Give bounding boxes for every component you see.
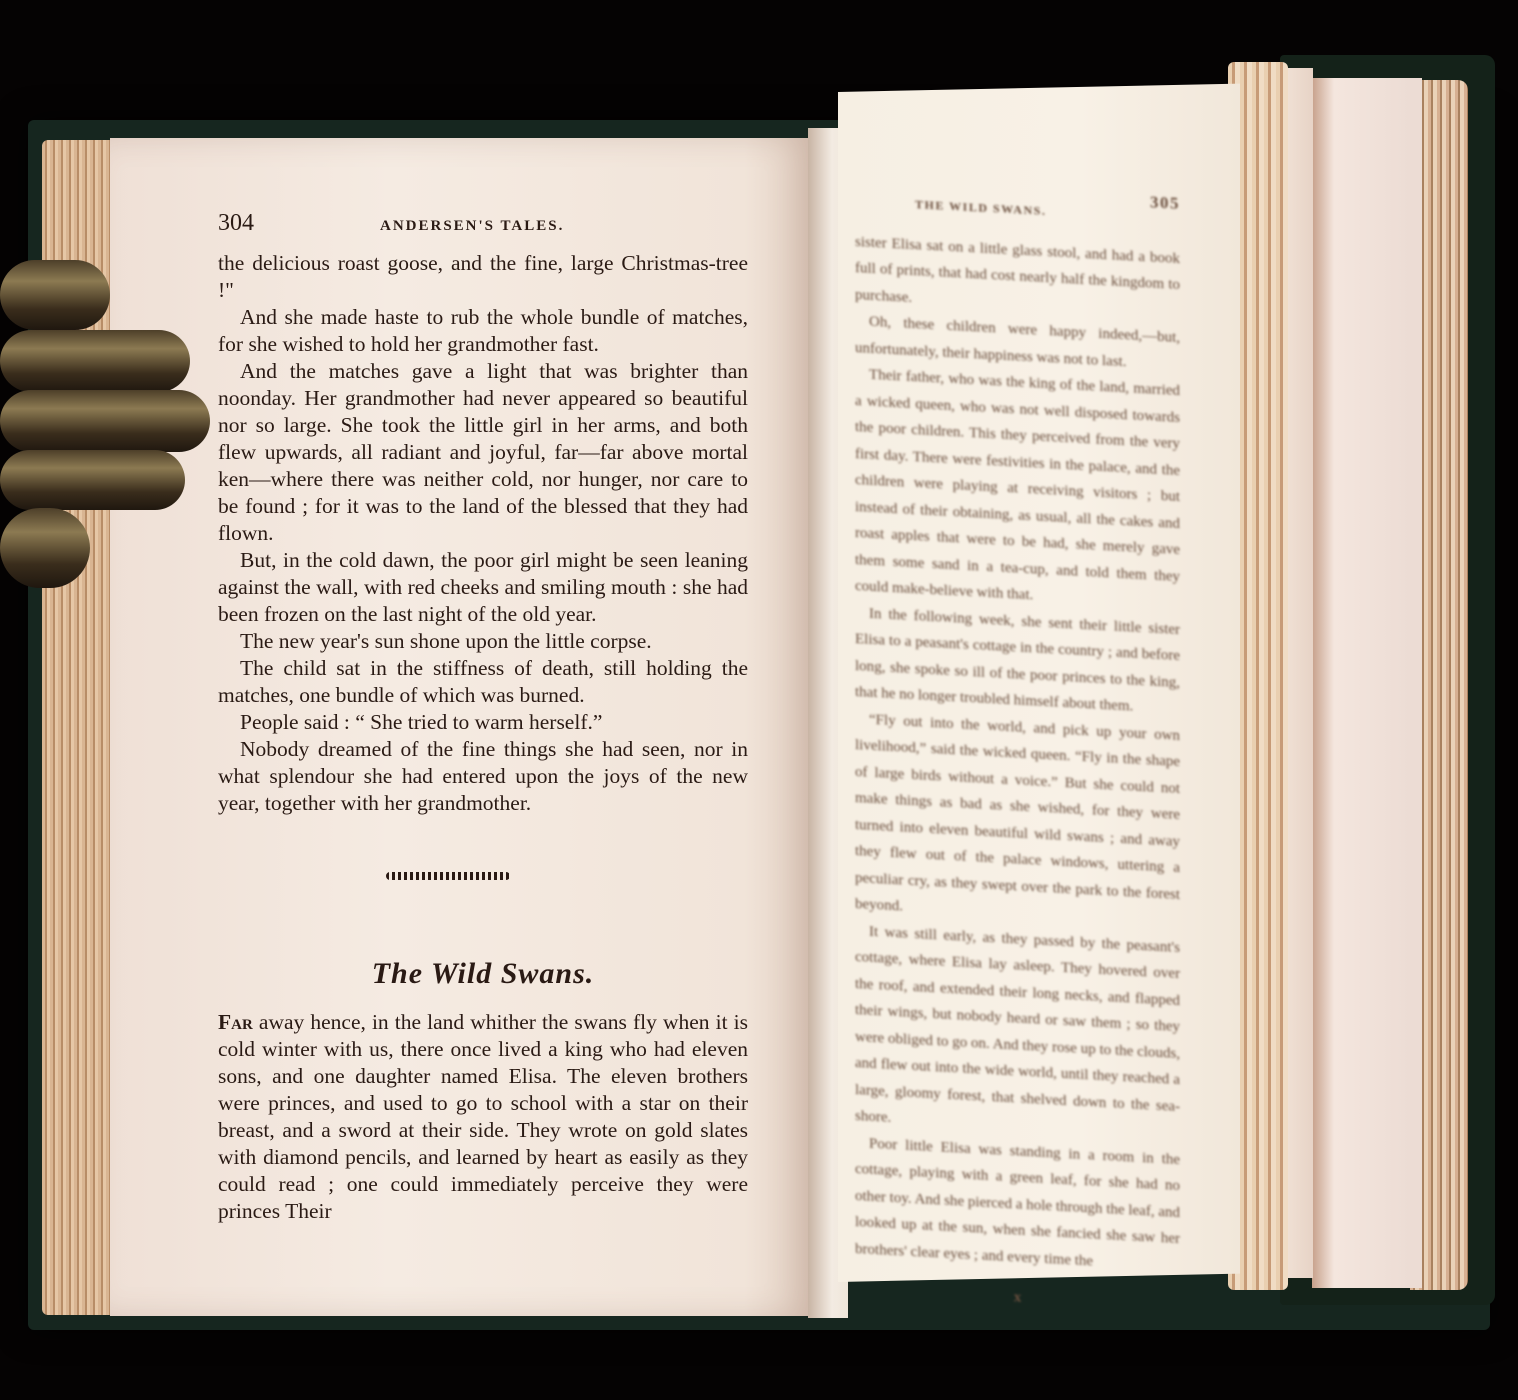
- story-title: The Wild Swans.: [218, 960, 748, 987]
- back-pages: [1312, 78, 1422, 1288]
- left-page-header: 304 ANDERSEN'S TALES.: [218, 210, 748, 240]
- running-head: THE WILD SWANS.: [915, 191, 1046, 224]
- page-number: 305: [1150, 189, 1180, 231]
- paragraph: People said : “ She tried to warm hersel…: [218, 709, 748, 736]
- left-page-text: 304 ANDERSEN'S TALES. the delicious roas…: [218, 210, 748, 1225]
- paragraph: The new year's sun shone upon the little…: [218, 628, 748, 655]
- story-opening-paragraph: Far away hence, in the land whither the …: [218, 1009, 748, 1225]
- clip-ridge: [0, 330, 190, 392]
- paragraph: Poor little Elisa was standing in a room…: [855, 1130, 1180, 1280]
- paragraph: It was still early, as they passed by th…: [855, 918, 1180, 1147]
- paragraph: And the matches gave a light that was br…: [218, 358, 748, 547]
- brass-book-clip: [0, 250, 210, 590]
- paragraph: The child sat in the stiffness of death,…: [218, 655, 748, 709]
- clip-base: [0, 508, 90, 588]
- paragraph: “Fly out into the world, and pick up you…: [855, 706, 1180, 935]
- page-number: 304: [218, 210, 348, 237]
- clip-top: [0, 260, 110, 330]
- clip-ridge: [0, 450, 185, 510]
- wavy-rule-ornament: [386, 872, 510, 880]
- paragraph: Their father, who was the king of the la…: [855, 361, 1180, 617]
- paragraph: But, in the cold dawn, the poor girl mig…: [218, 547, 748, 628]
- paragraph: Nobody dreamed of the fine things she ha…: [218, 736, 748, 817]
- paragraph: the delicious roast goose, and the fine,…: [218, 250, 748, 304]
- drop-smallcaps: Far: [218, 1010, 253, 1034]
- paragraph: In the following week, she sent their li…: [855, 600, 1180, 723]
- running-head: ANDERSEN'S TALES.: [380, 213, 564, 240]
- story-opening-text: away hence, in the land whither the swan…: [218, 1010, 748, 1223]
- paragraph: And she made haste to rub the whole bund…: [218, 304, 748, 358]
- right-page-text: THE WILD SWANS. 305 sister Elisa sat on …: [855, 188, 1180, 1320]
- clip-ridge: [0, 390, 210, 452]
